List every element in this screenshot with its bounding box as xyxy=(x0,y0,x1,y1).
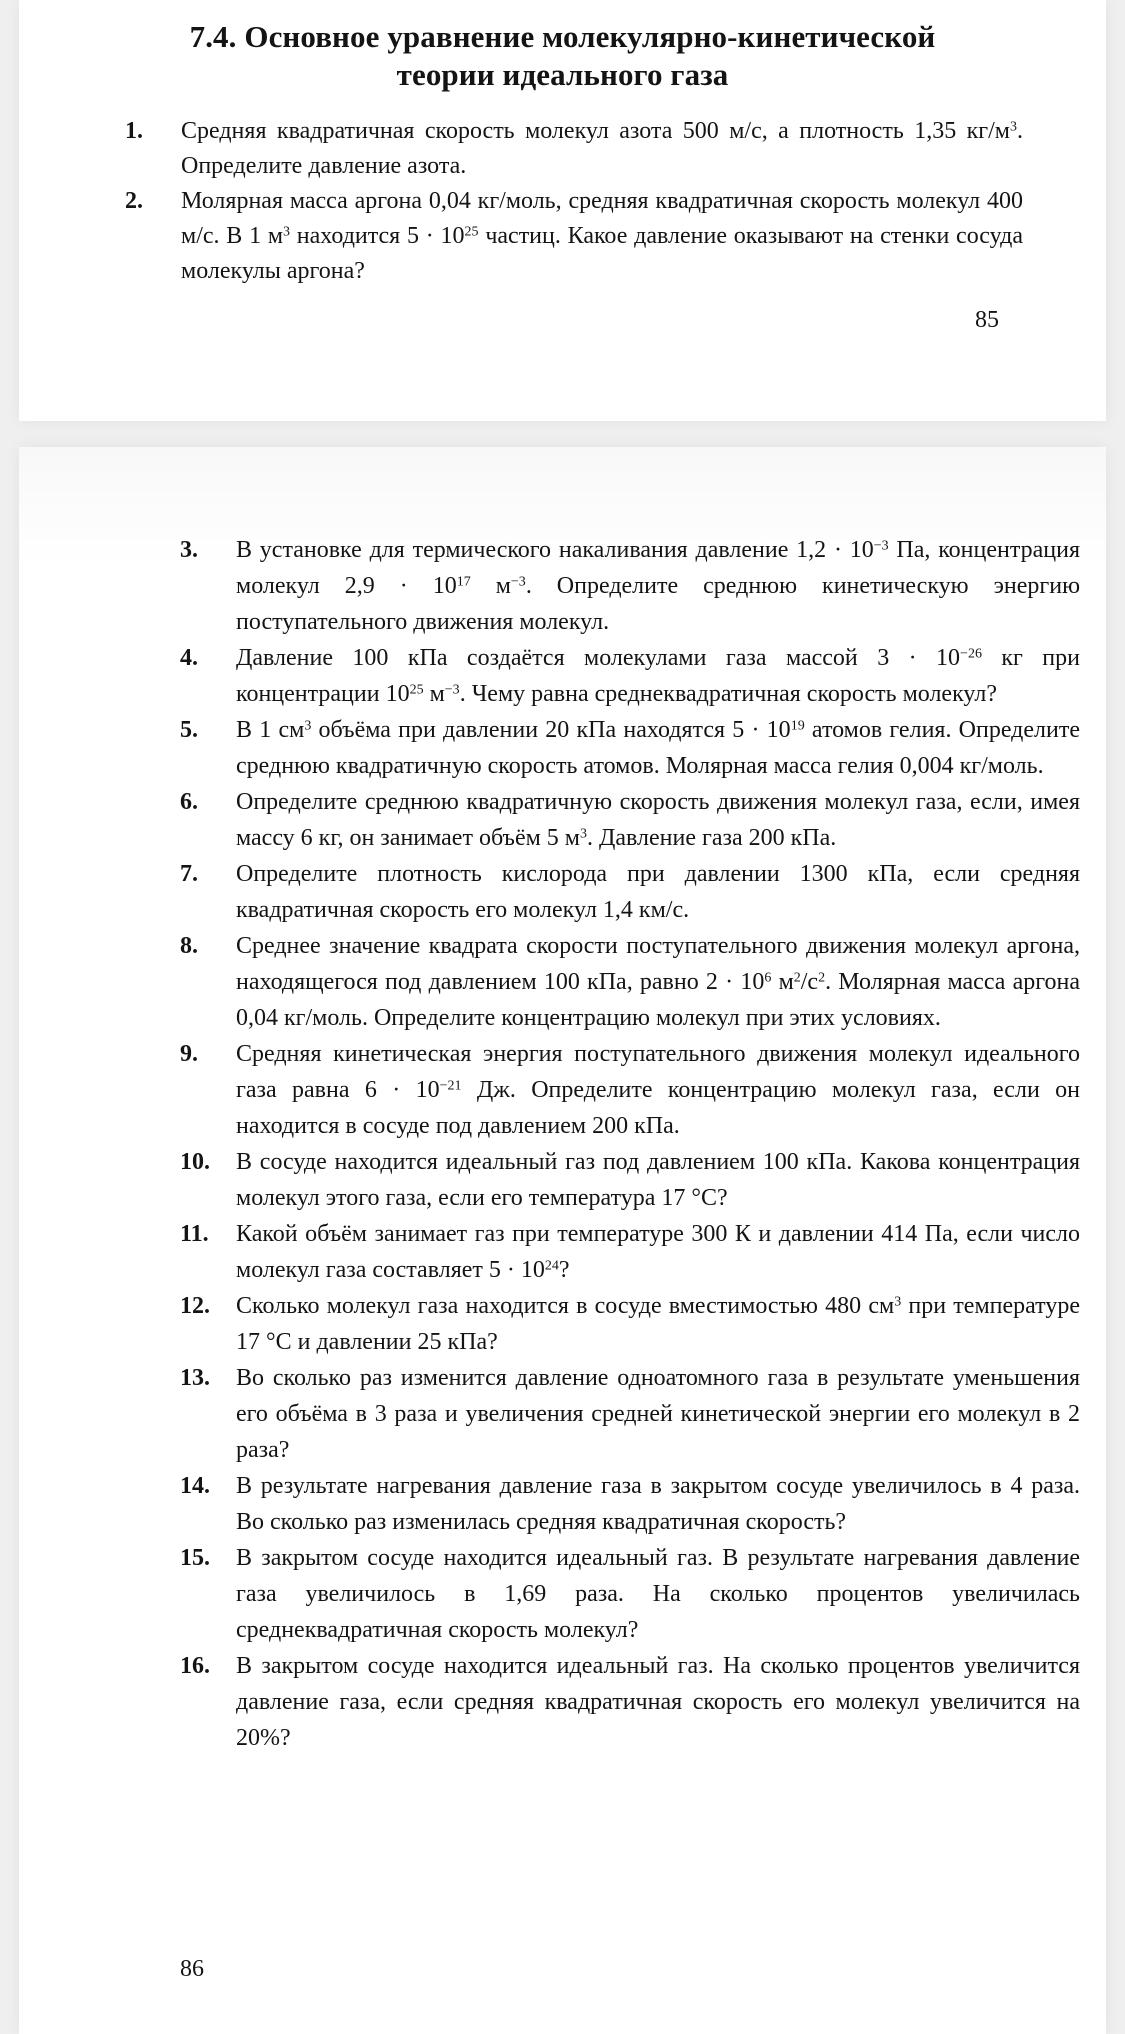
page-number: 86 xyxy=(180,1954,204,1984)
section-title-line-2: теории идеального газа xyxy=(19,56,1106,94)
task-number: 10. xyxy=(180,1144,210,1180)
task-item: 16.В закрытом сосуде находится идеальный… xyxy=(180,1648,1080,1756)
task-item: 5.В 1 см3 объёма при давлении 20 кПа нах… xyxy=(180,712,1080,784)
task-text: Какой объём занимает газ при температуре… xyxy=(236,1216,1080,1288)
task-text: В закрытом сосуде находится идеальный га… xyxy=(236,1648,1080,1756)
task-text: Во сколько раз изменится давление одноат… xyxy=(236,1360,1080,1468)
task-text: Молярная масса аргона 0,04 кг/моль, сред… xyxy=(181,184,1023,289)
task-number: 6. xyxy=(180,784,198,820)
task-item: 11.Какой объём занимает газ при температ… xyxy=(180,1216,1080,1288)
task-text: Определите плотность кислорода при давле… xyxy=(236,856,1080,928)
task-text: Определите среднюю квадратичную скорость… xyxy=(236,784,1080,856)
task-number: 12. xyxy=(180,1288,210,1324)
section-title-line-1: 7.4. Основное уравнение молекулярно-кине… xyxy=(19,18,1106,56)
task-item: 15.В закрытом сосуде находится идеальный… xyxy=(180,1540,1080,1648)
task-item: 12.Сколько молекул газа находится в сосу… xyxy=(180,1288,1080,1360)
task-text: В закрытом сосуде находится идеальный га… xyxy=(236,1540,1080,1648)
task-item: 7.Определите плотность кислорода при дав… xyxy=(180,856,1080,928)
task-item: 4.Давление 100 кПа создаётся молекулами … xyxy=(180,640,1080,712)
task-text: Давление 100 кПа создаётся молекулами га… xyxy=(236,640,1080,712)
task-number: 3. xyxy=(180,532,198,568)
task-number: 15. xyxy=(180,1540,210,1576)
task-text: Средняя кинетическая энергия поступатель… xyxy=(236,1036,1080,1144)
task-item: 13.Во сколько раз изменится давление одн… xyxy=(180,1360,1080,1468)
task-number: 1. xyxy=(125,114,143,149)
task-text: В результате нагревания давление газа в … xyxy=(236,1468,1080,1540)
task-list: 3.В установке для термического накаливан… xyxy=(180,532,1080,1756)
task-item: 3.В установке для термического накаливан… xyxy=(180,532,1080,640)
page-number: 85 xyxy=(975,305,999,335)
task-text: Среднее значение квадрата скорости посту… xyxy=(236,928,1080,1036)
task-number: 8. xyxy=(180,928,198,964)
task-item: 14.В результате нагревания давление газа… xyxy=(180,1468,1080,1540)
task-text: Сколько молекул газа находится в сосуде … xyxy=(236,1288,1080,1360)
task-text: В установке для термического накаливания… xyxy=(236,532,1080,640)
task-item: 1.Средняя квадратичная скорость молекул … xyxy=(125,114,1023,184)
task-item: 8.Среднее значение квадрата скорости пос… xyxy=(180,928,1080,1036)
task-text: Средняя квадратичная скорость молекул аз… xyxy=(181,114,1023,184)
book-page-86: 3.В установке для термического накаливан… xyxy=(19,447,1106,2034)
task-text: В 1 см3 объёма при давлении 20 кПа наход… xyxy=(236,712,1080,784)
task-list: 1.Средняя квадратичная скорость молекул … xyxy=(125,114,1023,289)
task-number: 9. xyxy=(180,1036,198,1072)
book-page-85: 7.4. Основное уравнение молекулярно-кине… xyxy=(19,0,1106,421)
task-number: 2. xyxy=(125,184,143,219)
task-number: 7. xyxy=(180,856,198,892)
task-item: 10.В сосуде находится идеальный газ под … xyxy=(180,1144,1080,1216)
task-item: 2.Молярная масса аргона 0,04 кг/моль, ср… xyxy=(125,184,1023,289)
task-item: 9.Средняя кинетическая энергия поступате… xyxy=(180,1036,1080,1144)
task-number: 5. xyxy=(180,712,198,748)
task-number: 4. xyxy=(180,640,198,676)
task-number: 16. xyxy=(180,1648,210,1684)
task-number: 14. xyxy=(180,1468,210,1504)
task-text: В сосуде находится идеальный газ под дав… xyxy=(236,1144,1080,1216)
task-number: 11. xyxy=(180,1216,209,1252)
task-item: 6.Определите среднюю квадратичную скорос… xyxy=(180,784,1080,856)
task-number: 13. xyxy=(180,1360,210,1396)
section-title: 7.4. Основное уравнение молекулярно-кине… xyxy=(19,18,1106,94)
